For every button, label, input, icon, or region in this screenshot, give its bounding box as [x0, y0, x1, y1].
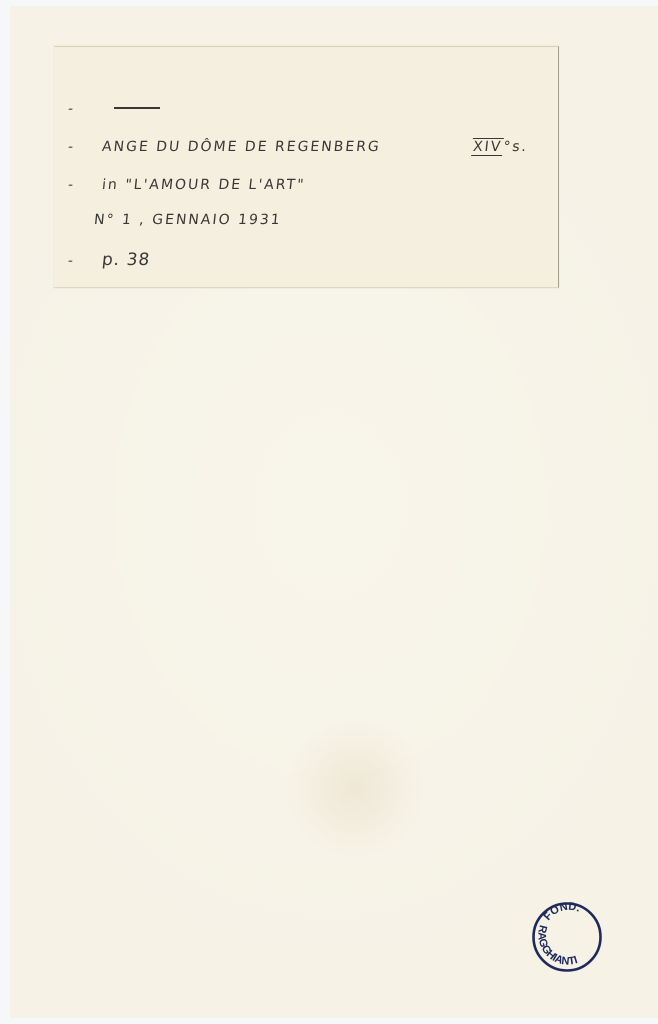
page-reference: p. 38: [101, 250, 151, 270]
line-dash: -: [67, 253, 81, 269]
card-line-source: -in "L'AMOUR DE L'ART": [67, 177, 306, 193]
artwork-title: ANGE DU DÔME DE REGENBERG: [101, 139, 381, 155]
blank-underline: [114, 107, 160, 109]
card-line-blank: -: [67, 101, 81, 117]
century-note: XIV°s.: [471, 139, 529, 155]
line-dash: -: [67, 177, 81, 193]
fond-ragghianti-stamp: FOND. RAGGHIANTI: [531, 901, 603, 973]
century-roman: XIV: [471, 138, 504, 156]
line-dash: -: [67, 139, 81, 155]
publication-source: in "L'AMOUR DE L'ART": [101, 177, 306, 193]
svg-text:FOND.: FOND.: [542, 901, 582, 923]
stamp-text-top: FOND.: [542, 901, 582, 923]
card-line-title: -ANGE DU DÔME DE REGENBERG: [67, 139, 381, 155]
svg-text:RAGGHIANTI: RAGGHIANTI: [535, 924, 579, 968]
catalog-card: - -ANGE DU DÔME DE REGENBERG XIV°s. -in …: [54, 46, 559, 288]
card-line-page: -p. 38: [67, 250, 151, 270]
card-line-issue: N° 1 , GENNAIO 1931: [93, 212, 282, 228]
stamp-text-bottom: RAGGHIANTI: [535, 924, 579, 968]
photo-verso-sheet: - -ANGE DU DÔME DE REGENBERG XIV°s. -in …: [10, 6, 658, 1018]
line-dash: -: [67, 101, 81, 117]
issue-date: N° 1 , GENNAIO 1931: [93, 212, 282, 228]
century-suffix: °s.: [502, 139, 528, 155]
